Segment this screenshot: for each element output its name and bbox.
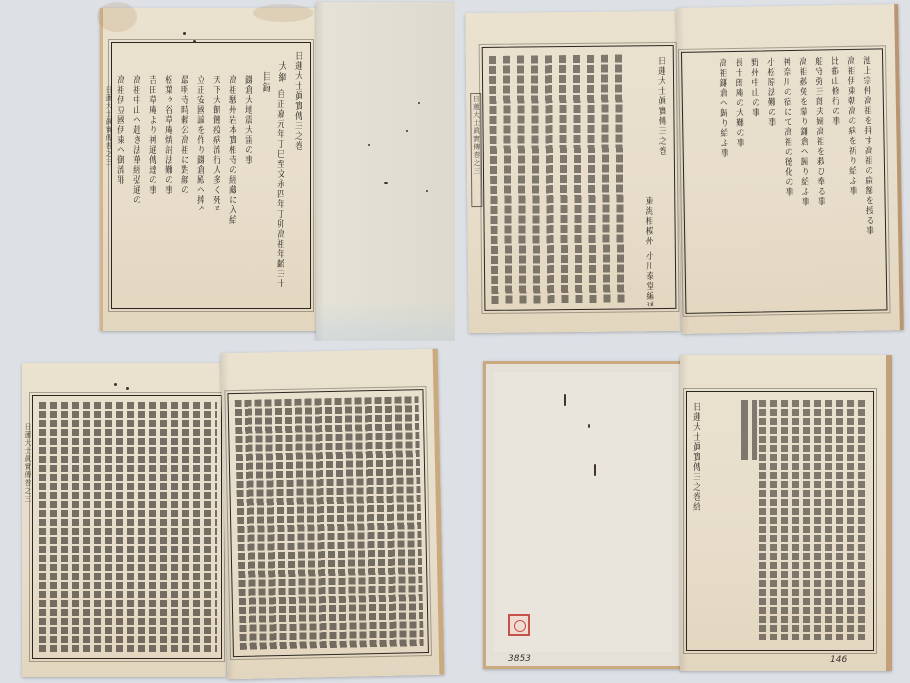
final-text-page: 日蓮大士眞實傳三之巻終 146	[680, 355, 892, 671]
page-frame	[32, 395, 222, 659]
panel-bottom-right: 3853 日蓮大士眞實傳三之巻終 146	[455, 341, 910, 683]
toc-line-3: 天下大飢饉疫病流行人多く死る事	[211, 75, 220, 210]
body-text-block	[39, 402, 217, 652]
volume-header: 日蓮大士眞實傳三之巻	[656, 56, 666, 156]
toc-line-8: 長十郎庵の大難の事	[733, 58, 744, 198]
body-text-block	[235, 396, 424, 650]
volume-header: 日蓮大士眞實傳三之巻	[293, 51, 302, 151]
toc-line-0: 池上宗仲高祖を拝す高祖の扁額を授る事	[861, 56, 873, 236]
body-text-block	[759, 400, 869, 640]
toc-line-7: 吉田草庵より神通傳達の事	[147, 75, 156, 195]
toc-line-1: 鎌倉大地震大雷の事	[243, 75, 252, 185]
pencil-note-right: 146	[830, 655, 847, 665]
page-frame: 日蓮大士眞實傳三之巻 大綱 目録 自正嘉元年丁巳至文永四年丁卯高祖年齢三十六より…	[111, 42, 311, 309]
author-name: 小川泰堂編述	[644, 251, 654, 306]
page-frame	[227, 389, 428, 657]
toc-line-6: 松葉ヶ谷草庵焼討法難の事	[163, 75, 172, 195]
contents-continued-page: 池上宗仲高祖を拝す高祖の扁額を授る事 高祖伊東朝高の病を祈り給ふ事 比叡山修行の…	[676, 4, 904, 334]
toc-line-2: 比叡山修行の事	[829, 56, 841, 216]
panel-top-left: 日蓮大士眞實傳巻之三 日蓮大士眞實傳三之巻 大綱 目録 自正嘉元年丁巳至文永四年…	[0, 0, 455, 341]
page-frame: 池上宗仲高祖を拝す高祖の扁額を授る事 高祖伊東朝高の病を祈り給ふ事 比叡山修行の…	[681, 48, 888, 313]
opening-text-page: 日蓮大士眞實傳巻之三 日蓮大士眞實傳三之巻 東海相模州 小川泰堂編述	[465, 11, 680, 333]
end-title: 日蓮大士眞實傳三之巻終	[691, 402, 700, 512]
section-heading-2: 目録	[260, 71, 270, 101]
page-frame: 日蓮大士眞實傳三之巻 東海相模州 小川泰堂編述	[482, 45, 677, 311]
author-province: 東海相模州	[643, 196, 653, 246]
toc-line-1: 高祖伊東朝高の病を祈り給ふ事	[845, 56, 857, 206]
spine-title: 日蓮大士眞實傳巻之三	[24, 423, 31, 533]
ownership-seal	[508, 614, 530, 636]
toc-line-0: 自正嘉元年丁巳至文永四年丁卯高祖年齢三十六より四十六	[275, 89, 284, 287]
toc-line-3: 船守弥三郎夫婦高祖を救ひ奉る事	[813, 56, 825, 206]
toc-line-2: 高祖駿州岩本實相寺の經藏に入給ふ事	[227, 75, 236, 225]
toc-line-5: 最明寺時頼公高祖に對顔の事	[179, 75, 188, 195]
toc-line-6: 小松原法難の事	[765, 57, 776, 197]
toc-line-4: 高祖赦免を蒙り鎌倉へ歸り給ふ事	[797, 57, 809, 207]
text-page-right	[221, 349, 445, 679]
panel-bottom-left: 日蓮大士眞實傳巻之三	[0, 341, 455, 683]
toc-line-9: 高祖伊豆國伊東へ御流罪の事	[115, 75, 124, 185]
toc-line-4: 立正安國論を作り鎌倉殿へ捧ぐ事	[195, 75, 204, 210]
toc-line-7: 野州中山の事	[749, 58, 760, 198]
contents-page: 日蓮大士眞實傳巻之三 日蓮大士眞實傳三之巻 大綱 目録 自正嘉元年丁巳至文永四年…	[100, 8, 321, 331]
body-text-short-lines	[741, 400, 757, 460]
toc-line-9: 高祖鎌倉へ歸り給ふ事	[717, 58, 729, 208]
toc-line-5: 神奈川の宿にて高祖の徳化の事	[781, 57, 793, 207]
pencil-note-left: 3853	[508, 654, 531, 664]
toc-line-8: 高祖中山へ赴き法華經弘通の事	[131, 75, 140, 205]
text-page-left: 日蓮大士眞實傳巻之三	[22, 363, 226, 677]
blank-facing-page	[316, 2, 455, 341]
page-frame: 日蓮大士眞實傳三之巻終	[686, 391, 874, 651]
spine-title: 日蓮大士眞實傳巻之三	[470, 93, 482, 207]
body-text-block	[489, 54, 632, 305]
panel-top-right: 日蓮大士眞實傳巻之三 日蓮大士眞實傳三之巻 東海相模州 小川泰堂編述 池上宗仲高…	[455, 0, 910, 341]
inner-back-cover: 3853	[483, 361, 683, 669]
